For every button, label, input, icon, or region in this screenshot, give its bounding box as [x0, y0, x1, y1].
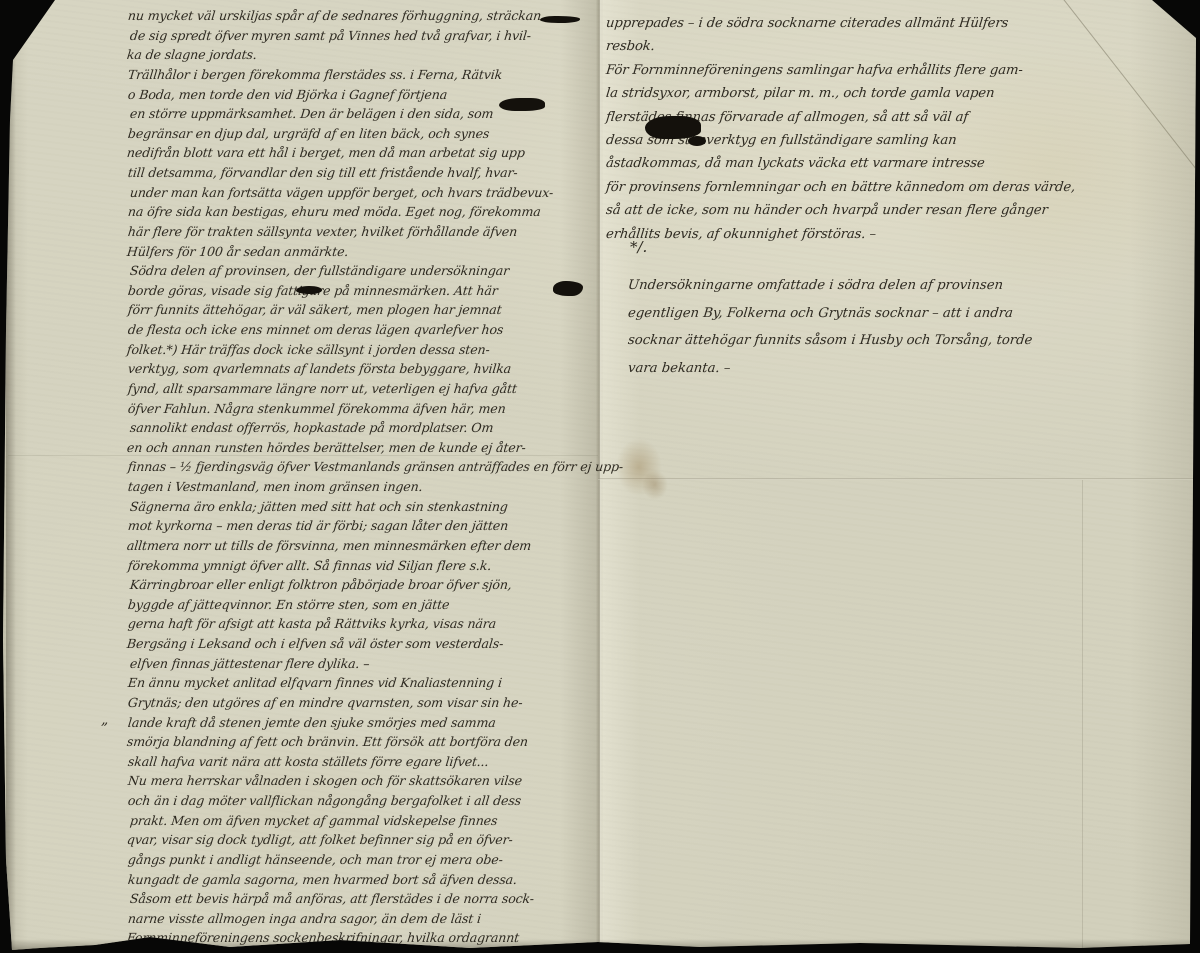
- manuscript-line: vara bekanta. –: [627, 355, 1190, 383]
- manuscript-line: upprepades – i de södra socknarne citera…: [605, 12, 1185, 35]
- manuscript-line: mot kyrkorna – men deras tid är förbi; s…: [127, 516, 611, 536]
- vertical-crease-right: [1082, 480, 1083, 953]
- manuscript-line: nedifrån blott vara ett hål i berget, me…: [126, 143, 611, 163]
- manuscript-line: en och annan runsten hördes berättelser,…: [126, 438, 611, 458]
- right-page-footnote-column: Undersökningarne omfattade i södra delen…: [628, 272, 1188, 382]
- footnote-reference-mark: */.: [630, 238, 647, 256]
- manuscript-line: Grytnäs; den utgöres af en mindre qvarns…: [127, 693, 611, 713]
- manuscript-line: na öfre sida kan bestigas, ehuru med möd…: [127, 202, 611, 222]
- manuscript-line: Kärringbroar eller enligt folktron påbör…: [129, 575, 611, 595]
- manuscript-line: gerna haft för afsigt att kasta på Rättv…: [127, 614, 611, 634]
- manuscript-line: borde göras, visade sig fattigare på min…: [127, 281, 611, 301]
- manuscript-line: och än i dag möter vallflickan någongång…: [127, 791, 611, 811]
- horizontal-fold-crease-right: [598, 478, 1198, 480]
- left-page-text-column: nu mycket väl urskiljas spår af de sedna…: [128, 6, 610, 948]
- manuscript-line: Trällhålor i bergen förekomma flerstädes…: [127, 65, 611, 85]
- manuscript-line: erhållits bevis, af okunnighet förstöras…: [605, 223, 1185, 246]
- manuscript-line: verktyg, som qvarlemnats af landets förs…: [127, 359, 611, 379]
- manuscript-line: öfver Fahlun. Några stenkummel förekomma…: [127, 399, 611, 419]
- manuscript-line: socknar ättehögar funnits såsom i Husby …: [627, 327, 1190, 355]
- manuscript-line: tagen i Vestmanland, men inom gränsen in…: [127, 477, 611, 497]
- manuscript-line: Sägnerna äro enkla; jätten med sitt hat …: [129, 497, 611, 517]
- manuscript-line: skall hafva varit nära att kosta stället…: [127, 752, 611, 772]
- manuscript-line: la stridsyxor, armborst, pilar m. m., oc…: [605, 82, 1185, 105]
- left-margin-annotation: „: [101, 712, 108, 728]
- manuscript-line: här flere för trakten sällsynta vexter, …: [127, 222, 611, 242]
- manuscript-line: folket.*) Här träffas dock icke sällsynt…: [126, 340, 611, 360]
- manuscript-line: byggde af jätteqvinnor. En större sten, …: [127, 595, 611, 615]
- manuscript-line: till detsamma, förvandlar den sig till e…: [127, 163, 611, 183]
- manuscript-line: prakt. Men om äfven mycket af gammal vid…: [129, 811, 611, 831]
- manuscript-line: smörja blandning af fett och bränvin. Et…: [126, 732, 611, 752]
- manuscript-line: Hülfers för 100 år sedan anmärkte.: [126, 242, 611, 262]
- manuscript-line: En ännu mycket anlitad elfqvarn finnes v…: [127, 673, 611, 693]
- manuscript-line: dessa som stenverktyg en fullständigare …: [605, 129, 1185, 152]
- manuscript-line: Bergsäng i Leksand och i elfven så väl ö…: [126, 634, 611, 654]
- manuscript-line: kungadt de gamla sagorna, men hvarmed bo…: [127, 870, 611, 890]
- manuscript-line: Undersökningarne omfattade i södra delen…: [627, 272, 1190, 300]
- manuscript-line: resbok.: [605, 35, 1185, 58]
- manuscript-line: elfven finnas jättestenar flere dylika. …: [129, 654, 611, 674]
- manuscript-line: under man kan fortsätta vägen uppför ber…: [129, 183, 611, 203]
- manuscript-line: Nu mera herrskar vålnaden i skogen och f…: [127, 771, 611, 791]
- manuscript-line: gångs punkt i andligt hänseende, och man…: [127, 850, 611, 870]
- paper-stain: [642, 470, 668, 500]
- manuscript-line: narne visste allmogen inga andra sagor, …: [127, 909, 611, 929]
- manuscript-line: så att de icke, som nu händer och hvarpå…: [605, 199, 1185, 222]
- manuscript-line: alltmera norr ut tills de försvinna, men…: [126, 536, 611, 556]
- manuscript-line: åstadkommas, då man lyckats väcka ett va…: [605, 152, 1185, 175]
- paper-left-edge-shadow: [6, 0, 16, 953]
- manuscript-line: en större uppmärksamhet. Den är belägen …: [129, 104, 611, 124]
- manuscript-line: för provinsens fornlemningar och en bätt…: [605, 176, 1185, 199]
- manuscript-line: de flesta och icke ens minnet om deras l…: [127, 320, 611, 340]
- manuscript-line: nu mycket väl urskiljas spår af de sedna…: [127, 6, 611, 26]
- manuscript-line: flerstädes finnas förvarade af allmogen,…: [605, 106, 1185, 129]
- manuscript-line: Såsom ett bevis härpå må anföras, att fl…: [129, 889, 611, 909]
- right-page-text-column: upprepades – i de södra socknarne citera…: [606, 12, 1184, 246]
- manuscript-line: qvar, visar sig dock tydligt, att folket…: [126, 830, 611, 850]
- manuscript-line: begränsar en djup dal, urgräfd af en lit…: [127, 124, 611, 144]
- manuscript-line: ka de slagne jordats.: [126, 45, 611, 65]
- manuscript-line: förr funnits ättehögar, är väl säkert, m…: [127, 300, 611, 320]
- manuscript-line: finnas – ½ fjerdingsväg öfver Vestmanlan…: [127, 457, 611, 477]
- manuscript-line: egentligen By, Folkerna och Grytnäs sock…: [627, 300, 1190, 328]
- manuscript-line: lande kraft då stenen jemte den sjuke sm…: [127, 713, 611, 733]
- manuscript-line: förekomma ymnigt öfver allt. Så finnas v…: [127, 556, 611, 576]
- manuscript-line: Södra delen af provinsen, der fullständi…: [129, 261, 611, 281]
- manuscript-line: o Boda, men torde den vid Björka i Gagne…: [127, 85, 611, 105]
- manuscript-line: sannolikt endast offerrös, hopkastade på…: [129, 418, 611, 438]
- manuscript-line: fynd, allt sparsammare längre norr ut, v…: [127, 379, 611, 399]
- manuscript-line: de sig spredt öfver myren samt på Vinnes…: [129, 26, 611, 46]
- manuscript-paper-sheet: nu mycket väl urskiljas spår af de sedna…: [0, 0, 1200, 953]
- manuscript-line: För Fornminneföreningens samlingar hafva…: [605, 59, 1185, 82]
- paper-bottom-edge-shadow: [0, 939, 1200, 953]
